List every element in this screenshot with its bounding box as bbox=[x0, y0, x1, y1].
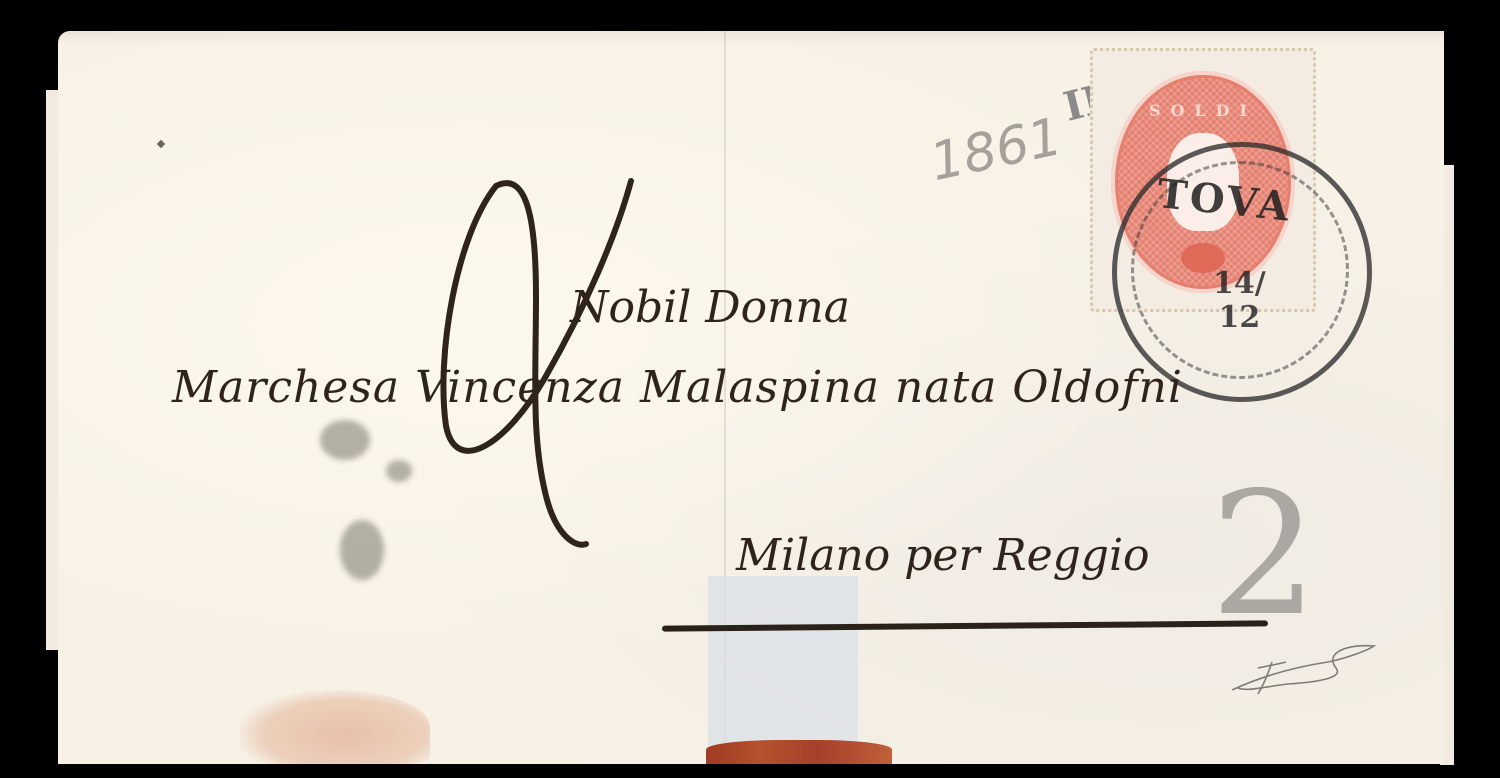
discoloration-patch bbox=[708, 576, 858, 764]
pencil-initials bbox=[1228, 638, 1378, 698]
photo-canvas: 1861 II SOLDI TOVA 14/ 12 Nobil Donna Ma… bbox=[0, 0, 1500, 778]
postmark-date: 14/ 12 bbox=[1213, 267, 1266, 335]
postmark-date-line1: 14/ bbox=[1213, 267, 1266, 301]
address-line-recipient: Marchesa Vincenza Malaspina nata Oldofni bbox=[172, 362, 1183, 413]
address-line-destination: Milano per Reggio bbox=[736, 530, 1150, 581]
ink-smudge bbox=[340, 520, 384, 580]
ink-smudge bbox=[386, 460, 412, 482]
address-line-salutation: Nobil Donna bbox=[570, 282, 850, 333]
stamp-label: SOLDI bbox=[1111, 101, 1295, 120]
wax-seal-remnant-center bbox=[706, 740, 892, 764]
ink-smudge bbox=[320, 420, 370, 460]
ink-dot bbox=[157, 140, 165, 148]
wax-seal-remnant-left bbox=[240, 690, 430, 764]
postmark-date-line2: 12 bbox=[1213, 301, 1266, 335]
rate-mark: 2 bbox=[1210, 470, 1318, 640]
